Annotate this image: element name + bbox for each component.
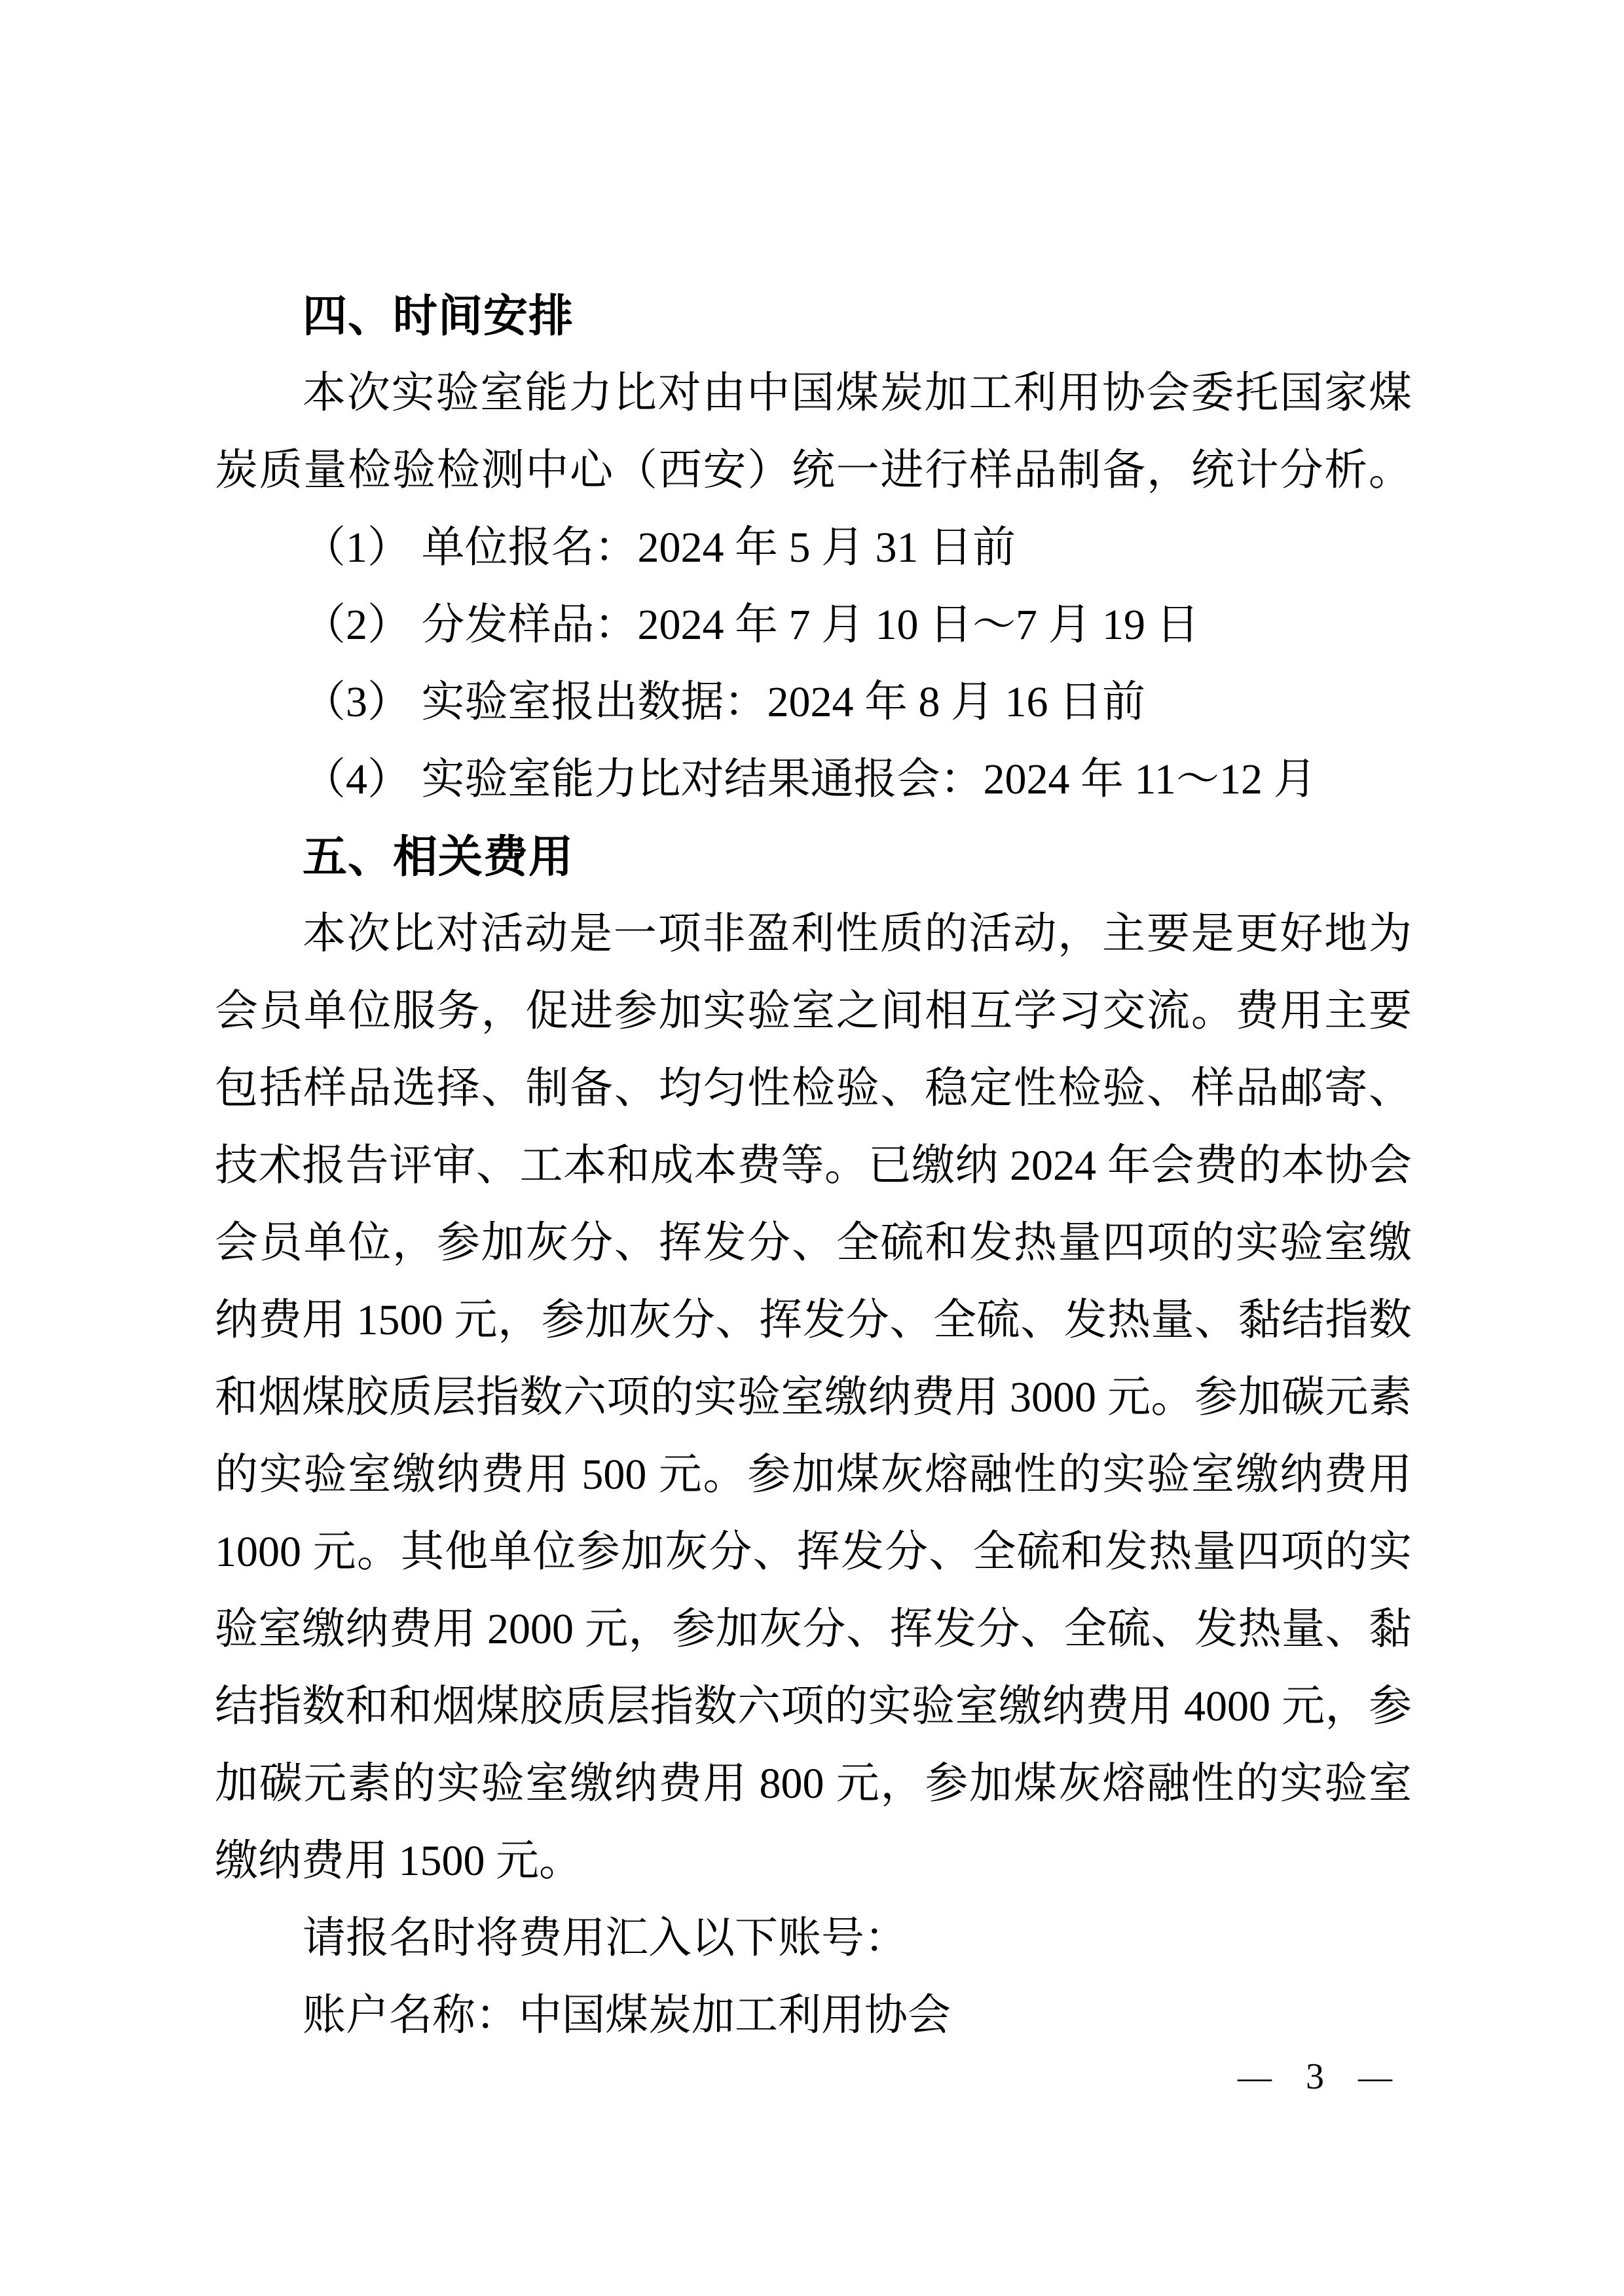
text-line: （2） 分发样品：2024 年 7 月 10 日～7 月 19 日 [215, 587, 1412, 664]
text-line: 的实验室缴纳费用 500 元。参加煤灰熔融性的实验室缴纳费用 [215, 1436, 1412, 1514]
text-line: 请报名时将费用汇入以下账号： [215, 1900, 1412, 1977]
document-body: 四、时间安排本次实验室能力比对由中国煤炭加工利用协会委托国家煤炭质量检验检测中心… [215, 278, 1412, 2054]
section-heading: 五、相关费用 [215, 818, 1412, 896]
text-line: 加碳元素的实验室缴纳费用 800 元，参加煤灰熔融性的实验室 [215, 1745, 1412, 1823]
text-line: 账户名称：中国煤炭加工利用协会 [215, 1977, 1412, 2054]
text-line: 包括样品选择、制备、均匀性检验、稳定性检验、样品邮寄、 [215, 1050, 1412, 1127]
text-line: 会员单位服务，促进参加实验室之间相互学习交流。费用主要 [215, 973, 1412, 1050]
footer-dash-right: — [1358, 2052, 1392, 2104]
text-line: （4） 实验室能力比对结果通报会：2024 年 11～12 月 [215, 741, 1412, 818]
text-line: 和烟煤胶质层指数六项的实验室缴纳费用 3000 元。参加碳元素 [215, 1359, 1412, 1436]
text-line: 缴纳费用 1500 元。 [215, 1823, 1412, 1900]
footer-dash-left: — [1238, 2052, 1272, 2104]
text-line: 技术报告评审、工本和成本费等。已缴纳 2024 年会费的本协会 [215, 1127, 1412, 1205]
text-line: 本次比对活动是一项非盈利性质的活动，主要是更好地为 [215, 896, 1412, 973]
page-footer: — 3 — [1238, 2050, 1392, 2104]
text-line: （3） 实验室报出数据：2024 年 8 月 16 日前 [215, 664, 1412, 741]
text-line: 炭质量检验检测中心（西安）统一进行样品制备，统计分析。 [215, 432, 1412, 509]
text-line: 纳费用 1500 元，参加灰分、挥发分、全硫、发热量、黏结指数 [215, 1282, 1412, 1359]
text-line: 结指数和和烟煤胶质层指数六项的实验室缴纳费用 4000 元，参 [215, 1668, 1412, 1745]
text-line: 本次实验室能力比对由中国煤炭加工利用协会委托国家煤 [215, 355, 1412, 432]
page-number: 3 [1306, 2050, 1324, 2103]
text-line: 1000 元。其他单位参加灰分、挥发分、全硫和发热量四项的实 [215, 1514, 1412, 1591]
section-heading: 四、时间安排 [215, 278, 1412, 355]
document-page: 四、时间安排本次实验室能力比对由中国煤炭加工利用协会委托国家煤炭质量检验检测中心… [0, 0, 1624, 2296]
text-line: （1） 单位报名：2024 年 5 月 31 日前 [215, 509, 1412, 587]
text-line: 会员单位，参加灰分、挥发分、全硫和发热量四项的实验室缴 [215, 1205, 1412, 1282]
text-line: 验室缴纳费用 2000 元，参加灰分、挥发分、全硫、发热量、黏 [215, 1591, 1412, 1668]
